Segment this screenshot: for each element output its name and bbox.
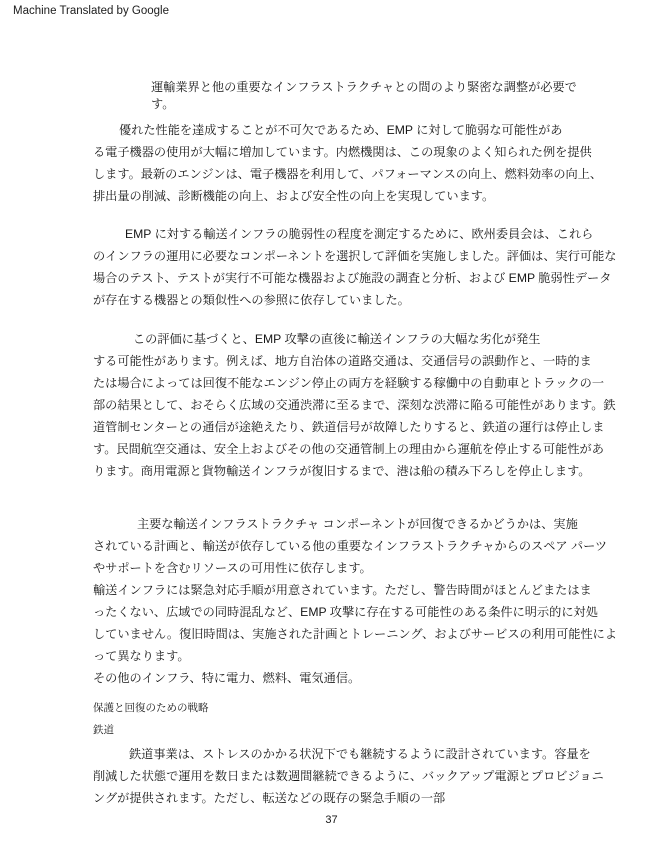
text-line: る電子機器の使用が大幅に増加しています。内燃機関は、この現象のよく知られた例を提… [93, 141, 602, 163]
paragraph-railroad: 鉄道事業は、ストレスのかかる状況下でも継続するように設計されています。容量を 削… [93, 743, 604, 809]
text-line: って異なります。 [93, 645, 617, 667]
paragraph-continued: 運輸業界と他の重要なインフラストラクチャとの間のより緊密な調整が必要で す。 [151, 79, 577, 113]
text-line: 削減した状態で運用を数日または数週間継続できるように、バックアップ電源とプロビジ… [93, 765, 604, 787]
paragraph-electronics: 優れた性能を達成することが不可欠であるため、EMP に対して脆弱な可能性があ る… [93, 119, 602, 207]
text-line: 場合のテスト、テストが実行不可能な機器および施設の調査と分析、および EMP 脆… [93, 267, 616, 289]
text-line: EMP に対する輸送インフラの脆弱性の程度を測定するために、欧州委員会は、これら [93, 223, 616, 245]
text-line: 運輸業界と他の重要なインフラストラクチャとの間のより緊密な調整が必要で [151, 79, 577, 96]
text-line: されている計画と、輸送が依存している他の重要なインフラストラクチャからのスペア … [93, 535, 617, 557]
text-line: やサポートを含むリソースの可用性に依存します。 [93, 557, 617, 579]
page-number: 37 [0, 814, 663, 826]
text-line: す。民間航空交通は、安全上およびその他の交通管制上の理由から運航を停止する可能性… [93, 438, 616, 460]
paragraph-assessment: EMP に対する輸送インフラの脆弱性の程度を測定するために、欧州委員会は、これら… [93, 223, 616, 311]
section-heading-protection-recovery: 保護と回復のための戦略 [93, 701, 209, 715]
text-line: のインフラの運用に必要なコンポーネントを選択して評価を実施しました。評価は、実行… [93, 245, 616, 267]
text-line: ったくない、広域での同時混乱など、EMP 攻撃に存在する可能性のある条件に明示的… [93, 601, 617, 623]
text-line: 輸送インフラには緊急対応手順が用意されています。ただし、警告時間がほとんどまたは… [93, 579, 617, 601]
text-line: 優れた性能を達成することが不可欠であるため、EMP に対して脆弱な可能性があ [93, 119, 602, 141]
text-line: その他のインフラ、特に電力、燃料、電気通信。 [93, 667, 617, 689]
text-line: 部の結果として、おそらく広域の交通渋滞に至るまで、深刻な渋滞に陥る可能性がありま… [93, 394, 616, 416]
paragraph-degradation: この評価に基づくと、EMP 攻撃の直後に輸送インフラの大幅な劣化が発生 する可能… [93, 328, 616, 482]
text-line: ングが提供されます。ただし、転送などの既存の緊急手順の一部 [93, 787, 604, 809]
text-line: していません。復旧時間は、実施された計画とトレーニング、およびサービスの利用可能… [93, 623, 617, 645]
text-line: が存在する機器との類似性への参照に依存していました。 [93, 289, 616, 311]
text-line: 排出量の削減、診断機能の向上、および安全性の向上を実現しています。 [93, 185, 602, 207]
text-line: 鉄道事業は、ストレスのかかる状況下でも継続するように設計されています。容量を [93, 743, 604, 765]
document-page: Machine Translated by Google 運輸業界と他の重要なイ… [0, 0, 671, 854]
text-line: す。 [151, 96, 577, 113]
text-line: 道管制センターとの通信が途絶えたり、鉄道信号が故障したりすると、鉄道の運行は停止… [93, 416, 616, 438]
section-heading-railroad: 鉄道 [93, 723, 114, 737]
text-line: ります。商用電源と貨物輸送インフラが復旧するまで、港は船の積み下ろしを停止します… [93, 460, 616, 482]
text-line: この評価に基づくと、EMP 攻撃の直後に輸送インフラの大幅な劣化が発生 [93, 328, 616, 350]
paragraph-recovery: 主要な輸送インフラストラクチャ コンポーネントが回復できるかどうかは、実施 され… [93, 513, 617, 689]
translation-notice: Machine Translated by Google [13, 5, 169, 17]
text-line: します。最新のエンジンは、電子機器を利用して、パフォーマンスの向上、燃料効率の向… [93, 163, 602, 185]
text-line: する可能性があります。例えば、地方自治体の道路交通は、交通信号の誤動作と、一時的… [93, 350, 616, 372]
text-line: 主要な輸送インフラストラクチャ コンポーネントが回復できるかどうかは、実施 [93, 513, 617, 535]
text-line: たは場合によっては回復不能なエンジン停止の両方を経験する稼働中の自動車とトラック… [93, 372, 616, 394]
